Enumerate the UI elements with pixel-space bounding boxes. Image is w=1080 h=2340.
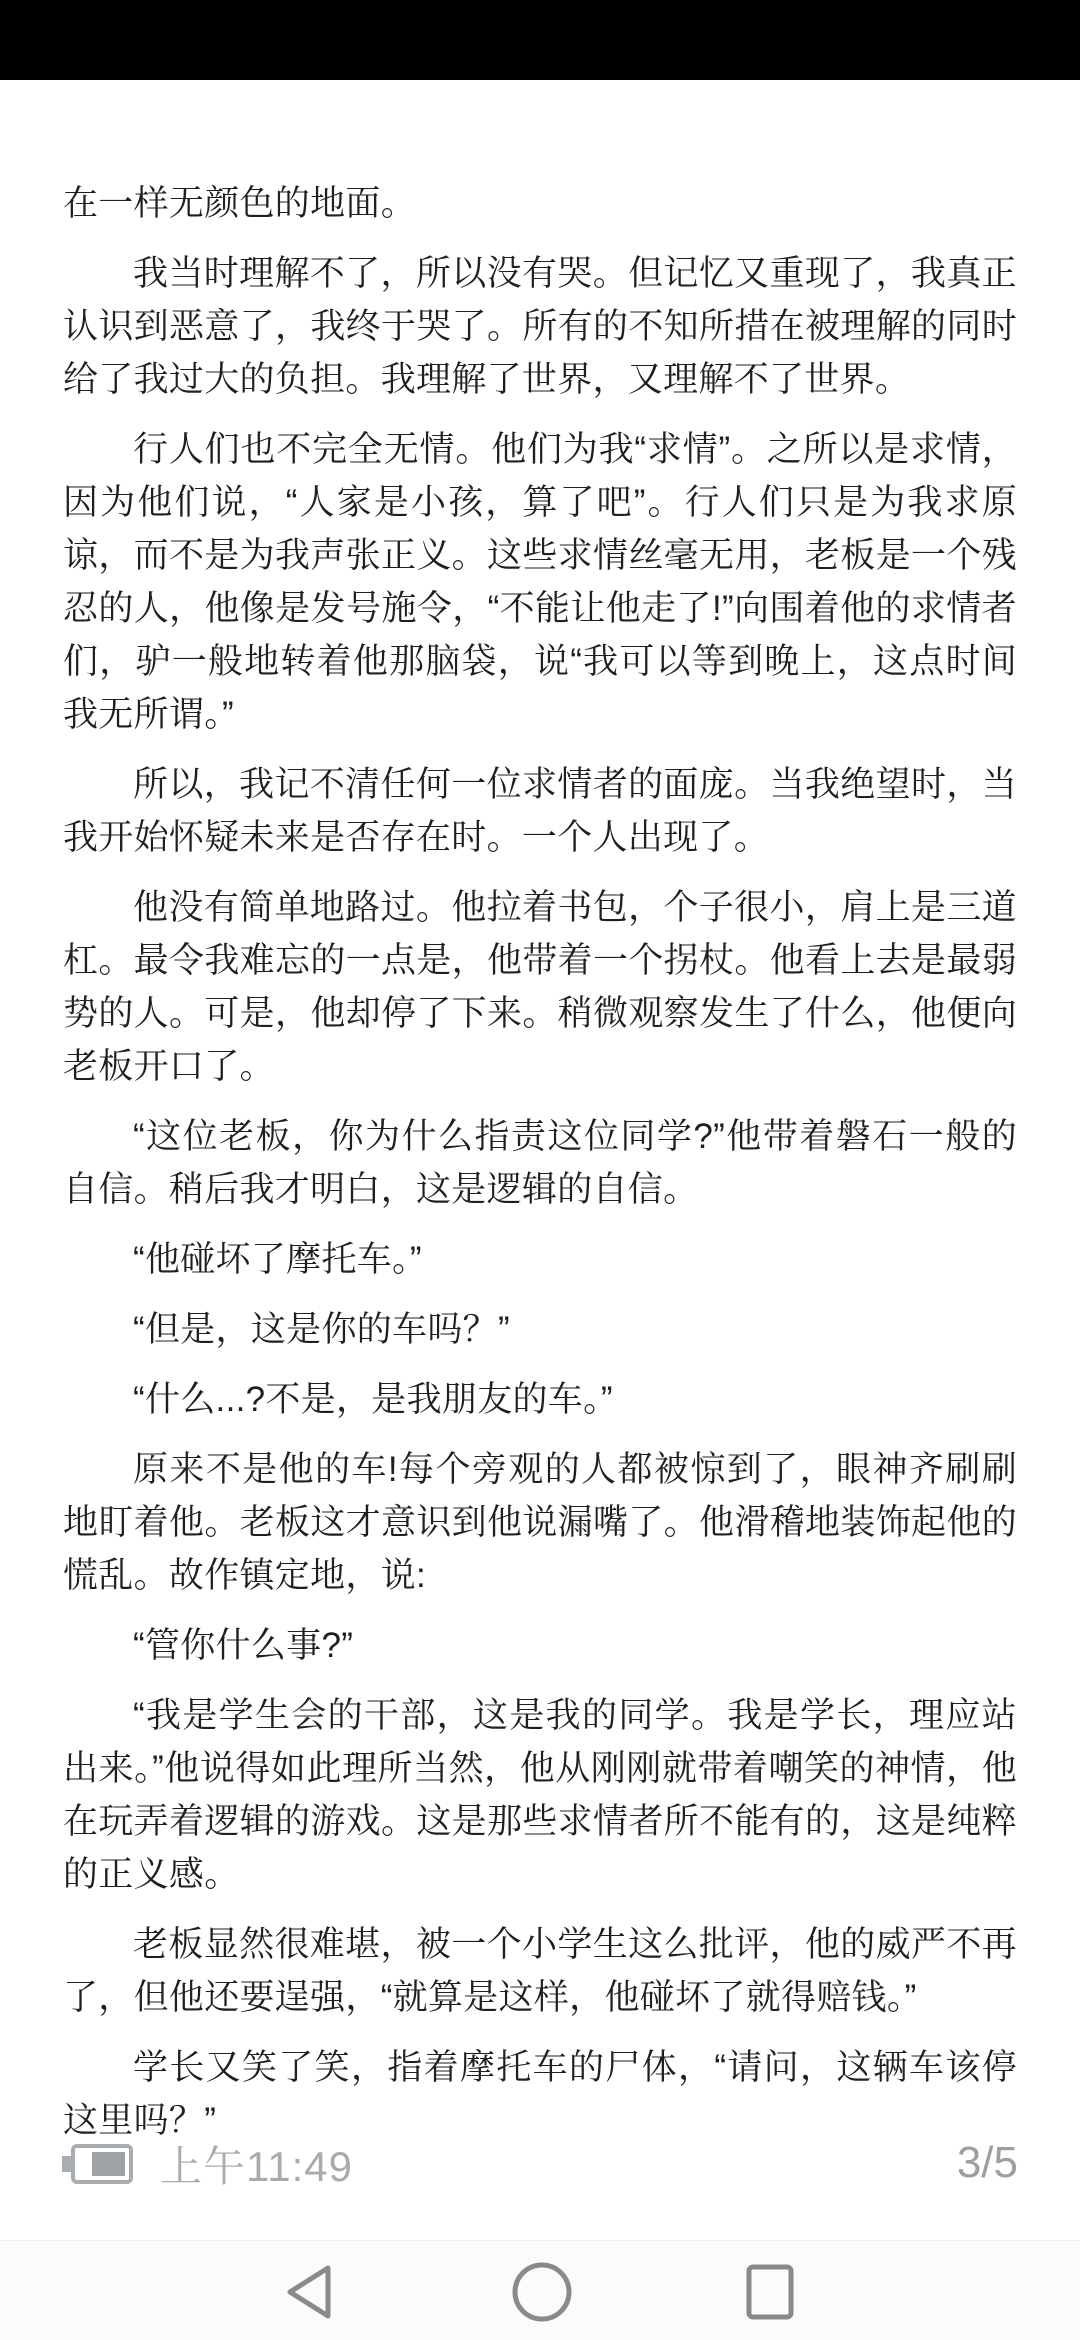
paragraph: 在一样无颜色的地面。 (63, 177, 1017, 230)
back-button[interactable] (273, 2259, 343, 2325)
system-nav-bar (0, 2240, 1080, 2340)
paragraph: “我是学生会的干部，这是我的同学。我是学长，理应站出来。”他说得如此理所当然，他… (63, 1689, 1017, 1901)
back-triangle-icon (282, 2262, 334, 2322)
paragraph: 我当时理解不了，所以没有哭。但记忆又重现了，我真正认识到恶意了，我终于哭了。所有… (63, 247, 1017, 406)
paragraph: “但是，这是你的车吗？” (63, 1303, 1017, 1356)
home-button[interactable] (507, 2259, 577, 2325)
paragraph: “这位老板，你为什么指责这位同学?”他带着磐石一般的自信。稍后我才明白，这是逻辑… (63, 1110, 1017, 1216)
reader-footer: 上午11:49 3/5 (62, 2138, 1018, 2190)
paragraph: 老板显然很难堪，被一个小学生这么批评，他的威严不再了，但他还要逞强，“就算是这样… (63, 1918, 1017, 2024)
page-indicator: 3/5 (957, 2138, 1018, 2188)
status-bar (0, 0, 1080, 80)
recents-square-icon (745, 2263, 795, 2321)
paragraph: “管你什么事?” (63, 1619, 1017, 1672)
home-circle-icon (511, 2261, 573, 2323)
recents-button[interactable] (735, 2259, 805, 2325)
paragraph: 学长又笑了笑，指着摩托车的尸体，“请问，这辆车该停这里吗？” (63, 2041, 1017, 2147)
paragraph: “什么...?不是，是我朋友的车。” (63, 1373, 1017, 1426)
paragraph: 行人们也不完全无情。他们为我“求情”。之所以是求情，因为他们说，“人家是小孩，算… (63, 423, 1017, 741)
paragraph: 所以，我记不清任何一位求情者的面庞。当我绝望时，当我开始怀疑未来是否存在时。一个… (63, 758, 1017, 864)
battery-icon (62, 2143, 134, 2185)
reader-page[interactable]: 在一样无颜色的地面。我当时理解不了，所以没有哭。但记忆又重现了，我真正认识到恶意… (0, 80, 1080, 2140)
paragraph: 他没有简单地路过。他拉着书包，个子很小，肩上是三道杠。最令我难忘的一点是，他带着… (63, 881, 1017, 1093)
paragraph: 原来不是他的车!每个旁观的人都被惊到了，眼神齐刷刷地盯着他。老板这才意识到他说漏… (63, 1443, 1017, 1602)
reader-text: 在一样无颜色的地面。我当时理解不了，所以没有哭。但记忆又重现了，我真正认识到恶意… (63, 177, 1017, 2147)
clock-time: 上午11:49 (160, 2134, 353, 2194)
paragraph: “他碰坏了摩托车。” (63, 1233, 1017, 1286)
